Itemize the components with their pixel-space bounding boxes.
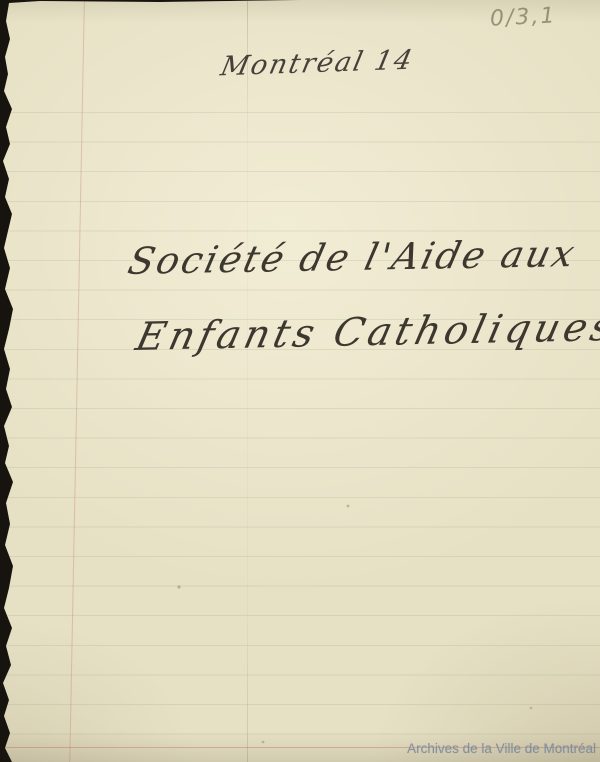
title-line-1: Société de l'Aide aux [124, 232, 581, 283]
dateline-handwriting: Montréal 14 [218, 45, 417, 83]
vertical-crease [247, 0, 248, 762]
paper-specks [0, 0, 2, 2]
scanned-document: 0/3,1 Montréal 14 Société de l'Aide aux … [0, 0, 600, 762]
ruled-lines [0, 112, 600, 751]
archives-watermark: Archives de la Ville de Montréal [407, 741, 596, 756]
paper-sheet: 0/3,1 Montréal 14 Société de l'Aide aux … [0, 0, 600, 762]
archive-code-note: 0/3,1 [489, 3, 557, 31]
